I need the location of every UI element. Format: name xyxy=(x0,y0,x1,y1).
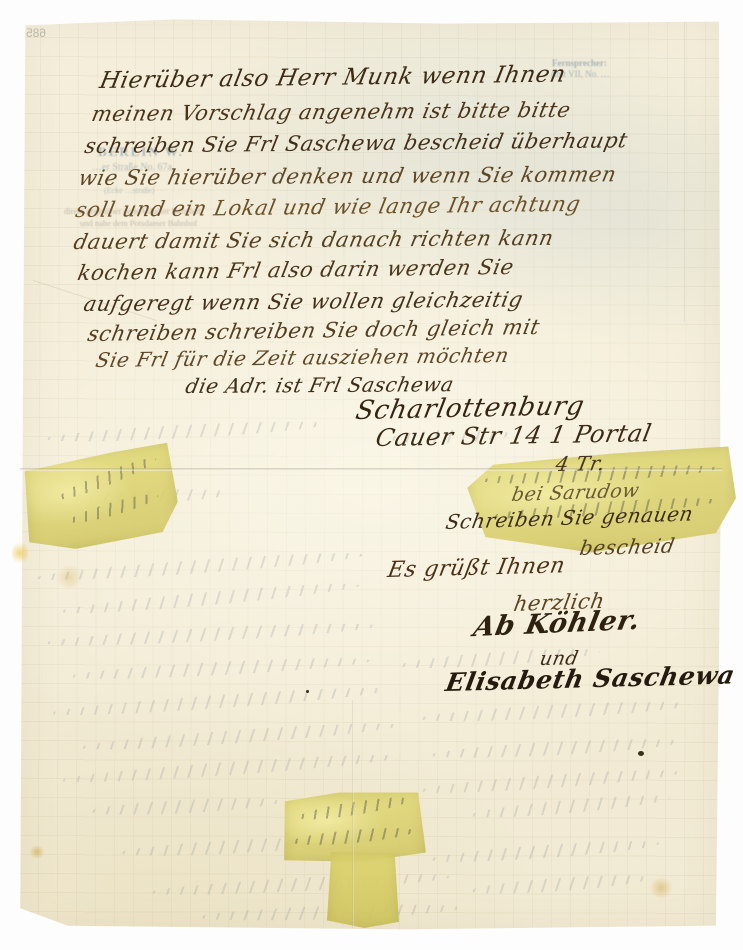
scan-background: Fernsprecher: Amt VII, No. … BERLIN W. …… xyxy=(0,0,743,950)
yellow-stain xyxy=(648,878,674,898)
handwriting-address: bescheid xyxy=(578,533,677,560)
vertical-crease-bottom xyxy=(352,700,354,928)
ink-speck xyxy=(638,751,644,756)
handwriting-line: meinen Vorschlag angenehm ist bitte bitt… xyxy=(90,98,573,126)
yellow-stain xyxy=(28,846,46,858)
ink-speck xyxy=(306,690,309,693)
handwriting-line: dauert damit Sie sich danach richten kan… xyxy=(72,226,557,254)
handwriting-line: wie Sie hierüber denken und wenn Sie kom… xyxy=(77,162,619,190)
yellow-stain xyxy=(12,540,28,566)
handwriting-address: Cauer Str 14 1 Portal xyxy=(373,419,654,452)
horizontal-fold-line xyxy=(20,468,722,471)
vertical-crease-top xyxy=(684,22,686,322)
handwriting-address: bei Sarudow xyxy=(510,479,641,506)
handwriting-closing: Es grüßt Ihnen xyxy=(386,553,568,583)
edge-number-mark: 685 xyxy=(26,26,46,40)
handwriting-address: 4 Tr. xyxy=(554,451,608,476)
handwriting-line: Sie Frl für die Zeit ausziehen möchten xyxy=(94,343,512,372)
yellow-stain xyxy=(54,566,84,588)
handwriting-line: aufgeregt wenn Sie wollen gleichzeitig xyxy=(82,287,526,316)
tape-patch-bottom-stem xyxy=(327,852,399,928)
